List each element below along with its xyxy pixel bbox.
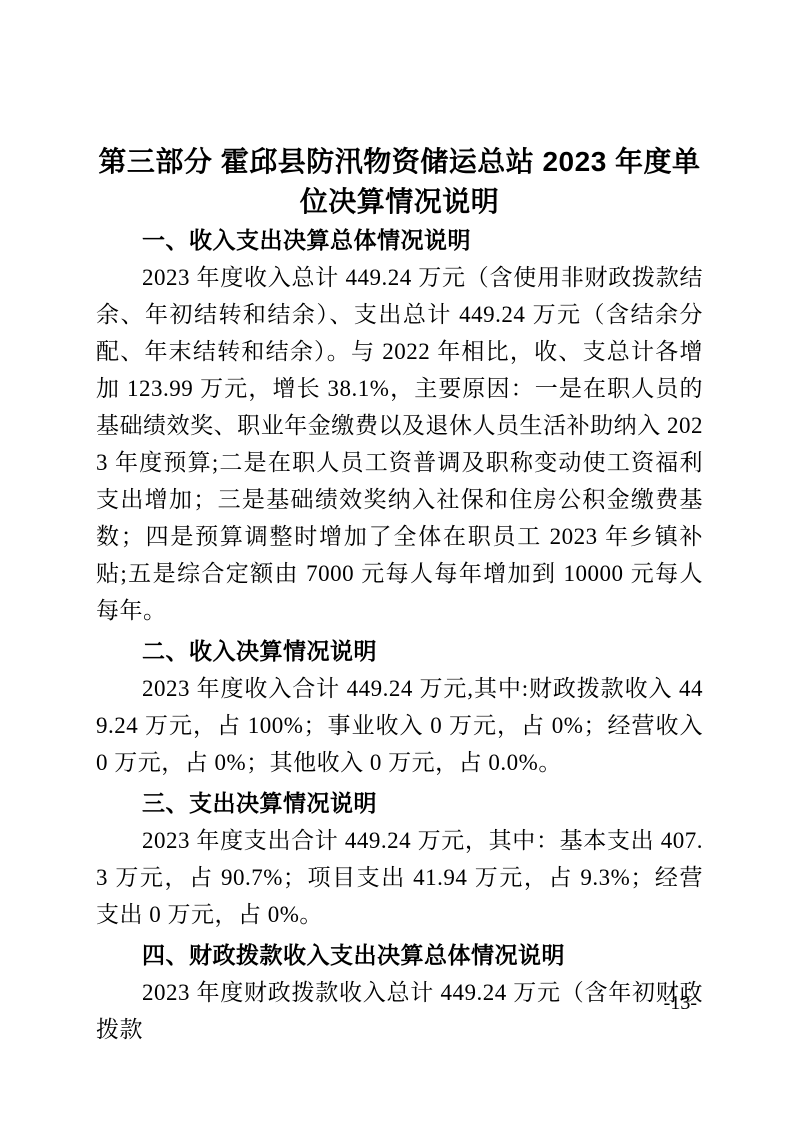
document-title: 第三部分 霍邱县防汛物资储运总站 2023 年度单位决算情况说明	[96, 142, 703, 222]
section-1-heading: 一、收入支出决算总体情况说明	[96, 222, 703, 259]
section-fiscal-appropriation-overview: 四、财政拨款收入支出决算总体情况说明 2023 年度财政拨款收入总计 449.2…	[96, 937, 703, 1048]
section-3-heading: 三、支出决算情况说明	[96, 785, 703, 822]
document-page: 第三部分 霍邱县防汛物资储运总站 2023 年度单位决算情况说明 一、收入支出决…	[0, 0, 793, 1122]
section-4-paragraph-1: 2023 年度财政拨款收入总计 449.24 万元（含年初财政拨款	[96, 974, 703, 1048]
page-number: -13-	[664, 992, 697, 1014]
section-expenditure-statement: 三、支出决算情况说明 2023 年度支出合计 449.24 万元，其中：基本支出…	[96, 785, 703, 933]
section-income-expenditure-overview: 一、收入支出决算总体情况说明 2023 年度收入总计 449.24 万元（含使用…	[96, 222, 703, 629]
section-3-paragraph-1: 2023 年度支出合计 449.24 万元，其中：基本支出 407.3 万元，占…	[96, 822, 703, 933]
section-income-statement: 二、收入决算情况说明 2023 年度收入合计 449.24 万元,其中:财政拨款…	[96, 633, 703, 781]
section-4-heading: 四、财政拨款收入支出决算总体情况说明	[96, 937, 703, 974]
section-1-paragraph-1: 2023 年度收入总计 449.24 万元（含使用非财政拨款结余、年初结转和结余…	[96, 259, 703, 629]
section-2-heading: 二、收入决算情况说明	[96, 633, 703, 670]
section-2-paragraph-1: 2023 年度收入合计 449.24 万元,其中:财政拨款收入 449.24 万…	[96, 670, 703, 781]
